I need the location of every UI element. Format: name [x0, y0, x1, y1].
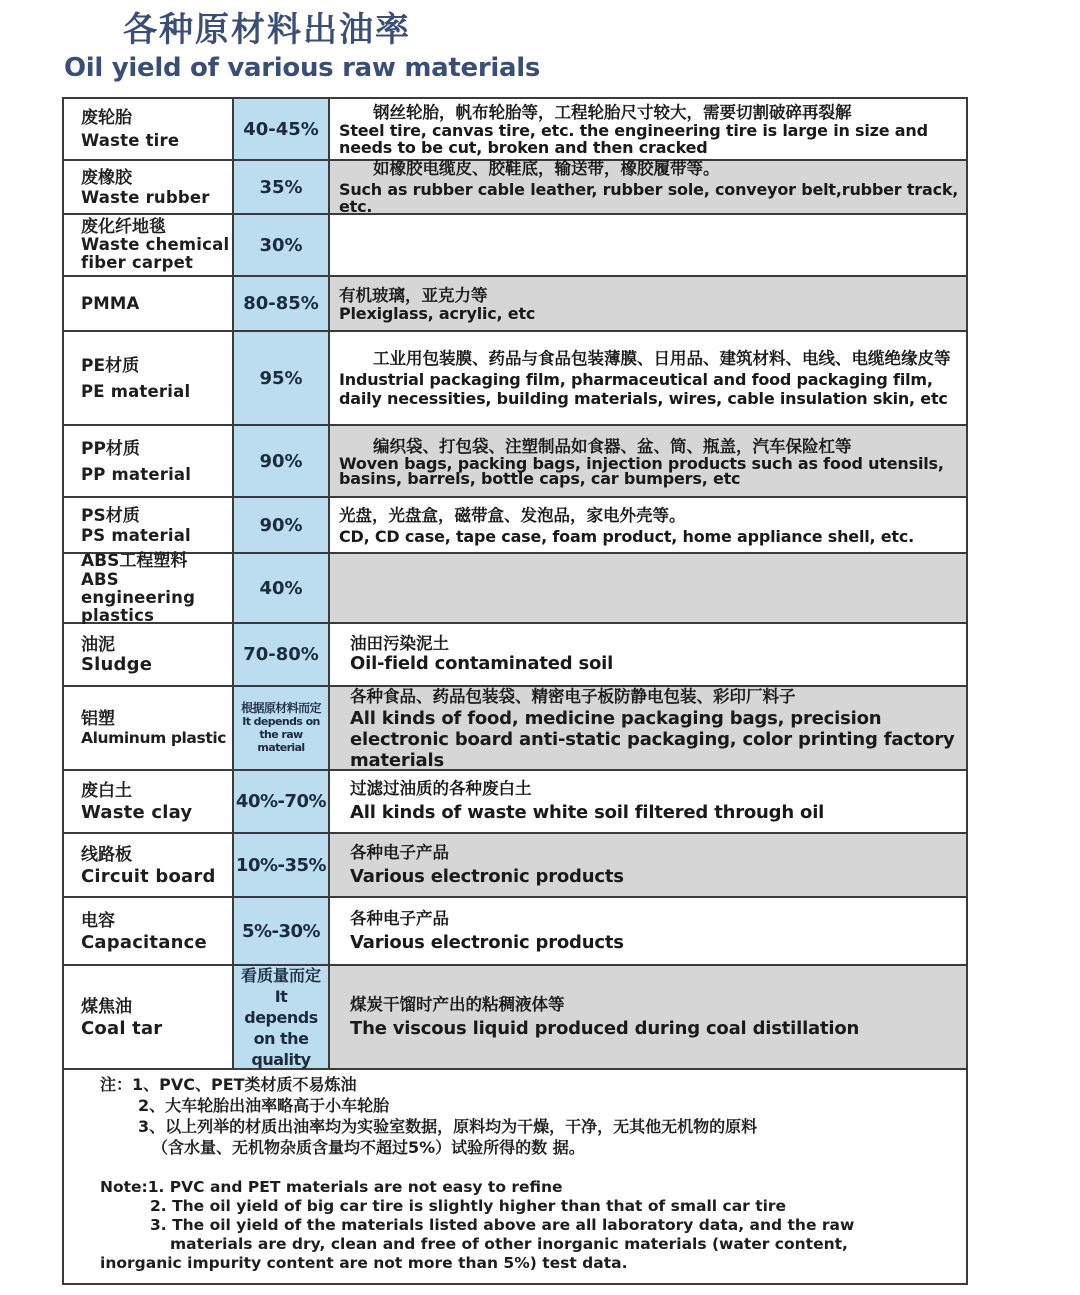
yield-cell: 40-45% — [234, 99, 330, 159]
description-en: Woven bags, packing bags, injection prod… — [339, 456, 960, 486]
note-cn-3-cont: （含水量、无机物杂质含量均不超过5%）试验所得的数 据。 — [100, 1137, 966, 1158]
description-cn: 编织袋、打包袋、注塑制品如食器、盆、筒、瓶盖，汽车保险杠等 — [339, 437, 960, 456]
description-cn: 钢丝轮胎，帆布轮胎等，工程轮胎尺寸较大，需要切割破碎再裂解 — [339, 103, 960, 122]
material-name-cell: 废轮胎 Waste tire — [64, 99, 234, 159]
material-name-cn: PE材质 — [81, 356, 232, 376]
material-name-en: Sludge — [81, 655, 232, 674]
material-name-en: Circuit board — [81, 867, 232, 886]
yield-value: 90% — [259, 451, 302, 472]
description-cell: 各种电子产品 Various electronic products — [330, 834, 966, 896]
description-en: CD, CD case, tape case, foam product, ho… — [339, 528, 960, 545]
material-name-cn: 废化纤地毯 — [81, 218, 232, 236]
yield-value: 90% — [259, 515, 302, 536]
description-cn: 油田污染泥土 — [350, 634, 960, 653]
material-name-cn: PP材质 — [81, 439, 232, 459]
description-cell: 如橡胶电缆皮、胶鞋底，输送带，橡胶履带等。 Such as rubber cab… — [330, 161, 966, 213]
yield-value: 40%-70% — [236, 791, 326, 812]
table-row: 废化纤地毯 Waste chemical fiber carpet 30% — [64, 215, 966, 277]
table-row: 废轮胎 Waste tire 40-45% 钢丝轮胎，帆布轮胎等，工程轮胎尺寸较… — [64, 99, 966, 161]
description-en: Industrial packaging film, pharmaceutica… — [339, 370, 960, 408]
yield-note-en: It depends on the quality — [236, 986, 326, 1070]
yield-value: 95% — [259, 368, 302, 389]
material-name-en: PE material — [81, 382, 232, 401]
description-cell: 各种电子产品 Various electronic products — [330, 898, 966, 964]
description-cell: 有机玻璃，亚克力等 Plexiglass, acrylic, etc — [330, 277, 966, 330]
yield-value: 35% — [259, 177, 302, 198]
material-name-cell: 废化纤地毯 Waste chemical fiber carpet — [64, 215, 234, 275]
yield-cell: 95% — [234, 332, 330, 424]
material-name-en: Waste rubber — [81, 188, 232, 207]
yield-cell: 80-85% — [234, 277, 330, 330]
material-name-cn: PS材质 — [81, 506, 232, 526]
material-name-cell: PP材质 PP material — [64, 426, 234, 496]
material-name-cell: 电容 Capacitance — [64, 898, 234, 964]
description-en: All kinds of food, medicine packaging ba… — [350, 708, 960, 771]
description-cn: 煤炭干馏时产出的粘稠液体等 — [350, 995, 960, 1014]
material-name-en: PP material — [81, 465, 232, 484]
yield-value: 70-80% — [243, 644, 319, 665]
table-row: 废白土 Waste clay 40%-70% 过滤过油质的各种废白土 All k… — [64, 771, 966, 834]
description-cell: 油田污染泥土 Oil-field contaminated soil — [330, 624, 966, 685]
note-cn-3: 3、以上列举的材质出油率均为实验室数据，原料均为干燥，干净，无其他无机物的原料 — [100, 1116, 966, 1137]
table-row: 铝塑 Aluminum plastic 根据原材料而定 It depends o… — [64, 687, 966, 771]
oil-yield-table: 废轮胎 Waste tire 40-45% 钢丝轮胎，帆布轮胎等，工程轮胎尺寸较… — [62, 97, 968, 1285]
material-name-en: PS material — [81, 526, 232, 545]
yield-value: 10%-35% — [236, 855, 326, 876]
yield-cell: 90% — [234, 498, 330, 552]
description-cn: 各种电子产品 — [350, 843, 960, 862]
material-name-en: PMMA — [81, 294, 232, 313]
description-cn: 有机玻璃，亚克力等 — [339, 286, 960, 305]
yield-cell: 90% — [234, 426, 330, 496]
material-name-cell: 铝塑 Aluminum plastic — [64, 687, 234, 769]
yield-cell: 70-80% — [234, 624, 330, 685]
note-en-3-end: inorganic impurity content are not more … — [100, 1254, 966, 1273]
description-cn: 各种食品、药品包装袋、精密电子板防静电包装、彩印厂料子 — [350, 686, 960, 708]
table-row: 煤焦油 Coal tar 看质量而定 It depends on the qua… — [64, 966, 966, 1070]
description-cell-empty — [330, 215, 966, 275]
description-cell: 光盘，光盘盒，磁带盒、发泡品，家电外壳等。 CD, CD case, tape … — [330, 498, 966, 552]
description-en: Various electronic products — [350, 932, 960, 954]
material-name-cn: 废轮胎 — [81, 108, 232, 128]
yield-value: 80-85% — [243, 293, 319, 314]
table-row: PP材质 PP material 90% 编织袋、打包袋、注塑制品如食器、盆、筒… — [64, 426, 966, 498]
table-row: PMMA 80-85% 有机玻璃，亚克力等 Plexiglass, acryli… — [64, 277, 966, 332]
material-name-en: Coal tar — [81, 1019, 232, 1038]
description-cell: 编织袋、打包袋、注塑制品如食器、盆、筒、瓶盖，汽车保险杠等 Woven bags… — [330, 426, 966, 496]
table-row: ABS工程塑料 ABS engineering plastics 40% — [64, 554, 966, 624]
material-name-en: ABS engineering plastics — [81, 571, 232, 625]
material-name-cn: 煤焦油 — [81, 997, 232, 1017]
material-name-cell: PMMA — [64, 277, 234, 330]
yield-value: 40-45% — [243, 119, 319, 140]
material-name-en: Capacitance — [81, 933, 232, 952]
yield-value: 30% — [259, 235, 302, 256]
description-en: Plexiglass, acrylic, etc — [339, 305, 960, 322]
table-row: PS材质 PS material 90% 光盘，光盘盒，磁带盒、发泡品，家电外壳… — [64, 498, 966, 554]
material-name-cn: 废白土 — [81, 781, 232, 801]
description-en: All kinds of waste white soil filtered t… — [350, 802, 960, 824]
note-cn-2: 2、大车轮胎出油率略高于小车轮胎 — [100, 1095, 966, 1116]
material-name-cn: ABS工程塑料 — [81, 552, 232, 571]
table-row: 电容 Capacitance 5%-30% 各种电子产品 Various ele… — [64, 898, 966, 966]
description-en: Oil-field contaminated soil — [350, 653, 960, 675]
yield-note-cn: 根据原材料而定 — [241, 702, 321, 715]
table-row: 油泥 Sludge 70-80% 油田污染泥土 Oil-field contam… — [64, 624, 966, 687]
yield-note-cn: 看质量而定 — [241, 965, 321, 986]
description-cell: 过滤过油质的各种废白土 All kinds of waste white soi… — [330, 771, 966, 832]
yield-cell: 35% — [234, 161, 330, 213]
material-name-cell: ABS工程塑料 ABS engineering plastics — [64, 554, 234, 622]
description-en: The viscous liquid produced during coal … — [350, 1018, 960, 1040]
description-cell: 煤炭干馏时产出的粘稠液体等 The viscous liquid produce… — [330, 966, 966, 1068]
material-name-cn: 铝塑 — [81, 709, 232, 729]
material-name-cn: 废橡胶 — [81, 168, 232, 188]
yield-cell: 30% — [234, 215, 330, 275]
material-name-cell: 煤焦油 Coal tar — [64, 966, 234, 1068]
yield-cell: 看质量而定 It depends on the quality — [234, 966, 330, 1068]
description-cn: 各种电子产品 — [350, 909, 960, 928]
material-name-en: Waste chemical fiber carpet — [81, 236, 232, 272]
table-row: 废橡胶 Waste rubber 35% 如橡胶电缆皮、胶鞋底，输送带，橡胶履带… — [64, 161, 966, 215]
description-cn: 如橡胶电缆皮、胶鞋底，输送带，橡胶履带等。 — [339, 159, 960, 178]
description-cell-empty — [330, 554, 966, 622]
description-cn: 光盘，光盘盒，磁带盒、发泡品，家电外壳等。 — [339, 506, 960, 525]
material-name-en: Waste clay — [81, 803, 232, 822]
description-en: Such as rubber cable leather, rubber sol… — [339, 181, 960, 215]
yield-cell: 根据原材料而定 It depends on the raw material — [234, 687, 330, 769]
material-name-cell: 油泥 Sludge — [64, 624, 234, 685]
yield-cell: 10%-35% — [234, 834, 330, 896]
material-name-cn: 油泥 — [81, 635, 232, 655]
material-name-cell: 废橡胶 Waste rubber — [64, 161, 234, 213]
note-cn-1: 注：1、PVC、PET类材质不易炼油 — [100, 1074, 966, 1095]
material-name-en: Aluminum plastic — [81, 729, 232, 748]
material-name-cell: 线路板 Circuit board — [64, 834, 234, 896]
note-en-3-cont: materials are dry, clean and free of oth… — [100, 1235, 966, 1254]
description-cn: 工业用包装膜、药品与食品包装薄膜、日用品、建筑材料、电线、电缆绝缘皮等 — [339, 349, 960, 369]
yield-cell: 40%-70% — [234, 771, 330, 832]
note-en-3: 3. The oil yield of the materials listed… — [100, 1216, 966, 1235]
material-name-en: Waste tire — [81, 131, 232, 150]
description-cn: 过滤过油质的各种废白土 — [350, 779, 960, 798]
material-name-cell: PS材质 PS material — [64, 498, 234, 552]
yield-cell: 5%-30% — [234, 898, 330, 964]
yield-cell: 40% — [234, 554, 330, 622]
note-en-1: Note:1. PVC and PET materials are not ea… — [100, 1178, 966, 1197]
page-title-cn: 各种原材料出油率 — [123, 10, 411, 50]
yield-value: 5%-30% — [242, 921, 320, 942]
notes-section: 注：1、PVC、PET类材质不易炼油 2、大车轮胎出油率略高于小车轮胎 3、以上… — [64, 1070, 966, 1283]
page-title-en: Oil yield of various raw materials — [64, 52, 540, 84]
description-cell: 工业用包装膜、药品与食品包装薄膜、日用品、建筑材料、电线、电缆绝缘皮等 Indu… — [330, 332, 966, 424]
material-name-cell: 废白土 Waste clay — [64, 771, 234, 832]
material-name-cell: PE材质 PE material — [64, 332, 234, 424]
material-name-cn: 线路板 — [81, 845, 232, 865]
table-row: 线路板 Circuit board 10%-35% 各种电子产品 Various… — [64, 834, 966, 898]
material-name-cn: 电容 — [81, 911, 232, 931]
description-cell: 钢丝轮胎，帆布轮胎等，工程轮胎尺寸较大，需要切割破碎再裂解 Steel tire… — [330, 99, 966, 159]
description-en: Various electronic products — [350, 866, 960, 888]
description-en: Steel tire, canvas tire, etc. the engine… — [339, 122, 960, 156]
note-en-2: 2. The oil yield of big car tire is slig… — [100, 1197, 966, 1216]
table-row: PE材质 PE material 95% 工业用包装膜、药品与食品包装薄膜、日用… — [64, 332, 966, 426]
description-cell: 各种食品、药品包装袋、精密电子板防静电包装、彩印厂料子 All kinds of… — [330, 687, 966, 769]
yield-note-en: It depends on the raw material — [236, 715, 326, 754]
yield-value: 40% — [259, 578, 302, 599]
